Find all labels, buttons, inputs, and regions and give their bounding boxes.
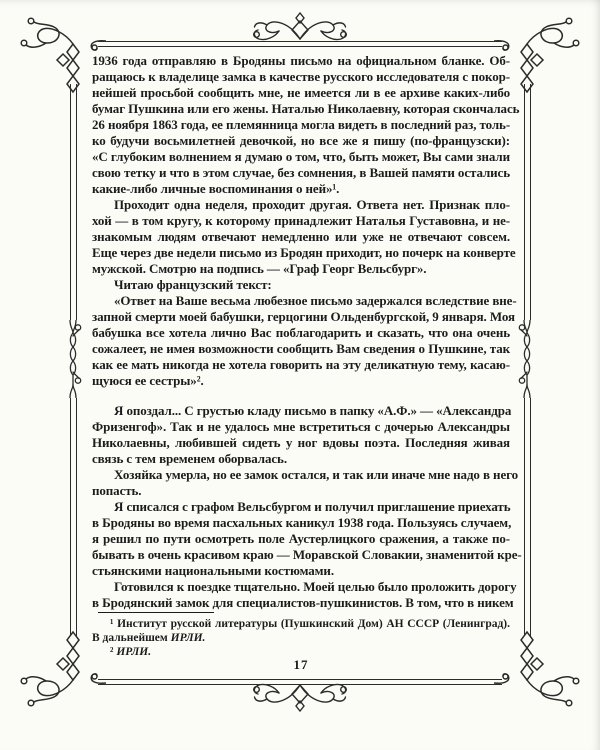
text-line: щуюся ее сестры»². — [92, 373, 510, 389]
paragraph: «Ответ на Ваше весьма любезное письмо за… — [92, 293, 510, 389]
text-line: в Бродянский замок для специалистов-пушк… — [92, 595, 510, 611]
footnote-rule — [98, 612, 214, 613]
paragraph: Готовился к поездке тщательно. Моей цель… — [92, 579, 510, 611]
text-line: Фризенгоф». Так и не удалось мне встрети… — [92, 419, 510, 435]
text-line: Николаевны, любившей сидеть у ног вдовы … — [92, 435, 510, 451]
book-page: 1936 года отправляю в Бродяны письмо на … — [0, 0, 600, 750]
text-line: хой — в том кругу, к которому принадлежи… — [92, 213, 510, 229]
footnote-text: ¹ Институт русской литературы (Пушкински… — [110, 618, 510, 630]
text-line: бывать в очень красивом краю — Моравской… — [92, 547, 510, 563]
text-line: запной смерти моей бабушки, герцогини Ол… — [92, 309, 510, 325]
body-text: 1936 года отправляю в Бродяны письмо на … — [92, 53, 510, 611]
top-center-crown-ornament — [235, 10, 365, 44]
text-line: «С глубоким волнением я думаю о том, что… — [92, 149, 510, 165]
right-chain-ornament — [518, 320, 536, 398]
text-line: в Бродяны во время пасхальных каникул 19… — [92, 515, 510, 531]
text-line: сожалеет, не имея возможности сообщить В… — [92, 341, 510, 357]
left-chain-ornament — [64, 320, 82, 398]
text-line: ко будучи восьмилетней девочкой, но все … — [92, 133, 510, 149]
paragraph: Читаю французский текст: — [92, 277, 510, 293]
text-line: бабушка все хотела лично Вас поблагодари… — [92, 325, 510, 341]
paragraph: Я опоздал... С грустью кладу письмо в па… — [92, 403, 510, 467]
paragraph: 1936 года отправляю в Бродяны письмо на … — [92, 53, 510, 197]
text-line: мужской. Смотрю на подпись — «Граф Георг… — [92, 261, 510, 277]
text-line: Я списался с графом Вельсбургом и получи… — [92, 499, 510, 515]
text-line: 1936 года отправляю в Бродяны письмо на … — [92, 53, 510, 69]
text-line: 26 ноября 1863 года, ее племянница могла… — [92, 117, 510, 133]
text-line: стьянскими национальными костюмами. — [92, 563, 510, 579]
text-line: «Ответ на Ваше весьма любезное письмо за… — [92, 293, 510, 309]
text-line: ращаюсь к владелице замка в качестве рус… — [92, 69, 510, 85]
text-line: связь с тем временем оборвалась. — [92, 451, 510, 467]
text-line: как ее мать никогда не хотела говорить н… — [92, 357, 510, 373]
text-line: Хозяйка умерла, но ее замок остался, и т… — [92, 467, 510, 483]
text-line: Проходит одна неделя, проходит другая. О… — [92, 197, 510, 213]
text-line: попасть. — [92, 483, 510, 499]
text-line: какие-либо личные воспоминания о ней»¹. — [92, 181, 510, 197]
footnote-italic-text: ИРЛИ. — [171, 632, 206, 644]
paragraph: Хозяйка умерла, но ее замок остался, и т… — [92, 467, 510, 499]
page-number: 17 — [92, 657, 510, 673]
text-line: Еще через две недели письмо из Бродян пр… — [92, 245, 510, 261]
bottom-center-crown-ornament — [235, 680, 365, 714]
text-line: нейшей просьбой сообщить мне, не имеется… — [92, 85, 510, 101]
text-line: бумаг Пушкина или его жены. Наталью Нико… — [92, 101, 510, 117]
footnotes: ¹ Институт русской литературы (Пушкински… — [92, 612, 510, 659]
footnote-line: В дальнейшем ИРЛИ. — [92, 631, 510, 645]
footnote-text: В дальнейшем — [92, 632, 171, 644]
text-line: знакомым людям отвечают немедленно или у… — [92, 229, 510, 245]
paragraph: Я списался с графом Вельсбургом и получи… — [92, 499, 510, 579]
text-line: Читаю французский текст: — [92, 277, 510, 293]
text-line: свою тетку и что в этом случае, без сомн… — [92, 165, 510, 181]
text-line: я решил по пути осмотреть поле Аустерлиц… — [92, 531, 510, 547]
footnote-line: ¹ Институт русской литературы (Пушкински… — [92, 617, 510, 631]
text-line: Готовился к поездке тщательно. Моей цель… — [92, 579, 510, 595]
text-line: Я опоздал... С грустью кладу письмо в па… — [92, 403, 510, 419]
paragraph: Проходит одна неделя, проходит другая. О… — [92, 197, 510, 277]
